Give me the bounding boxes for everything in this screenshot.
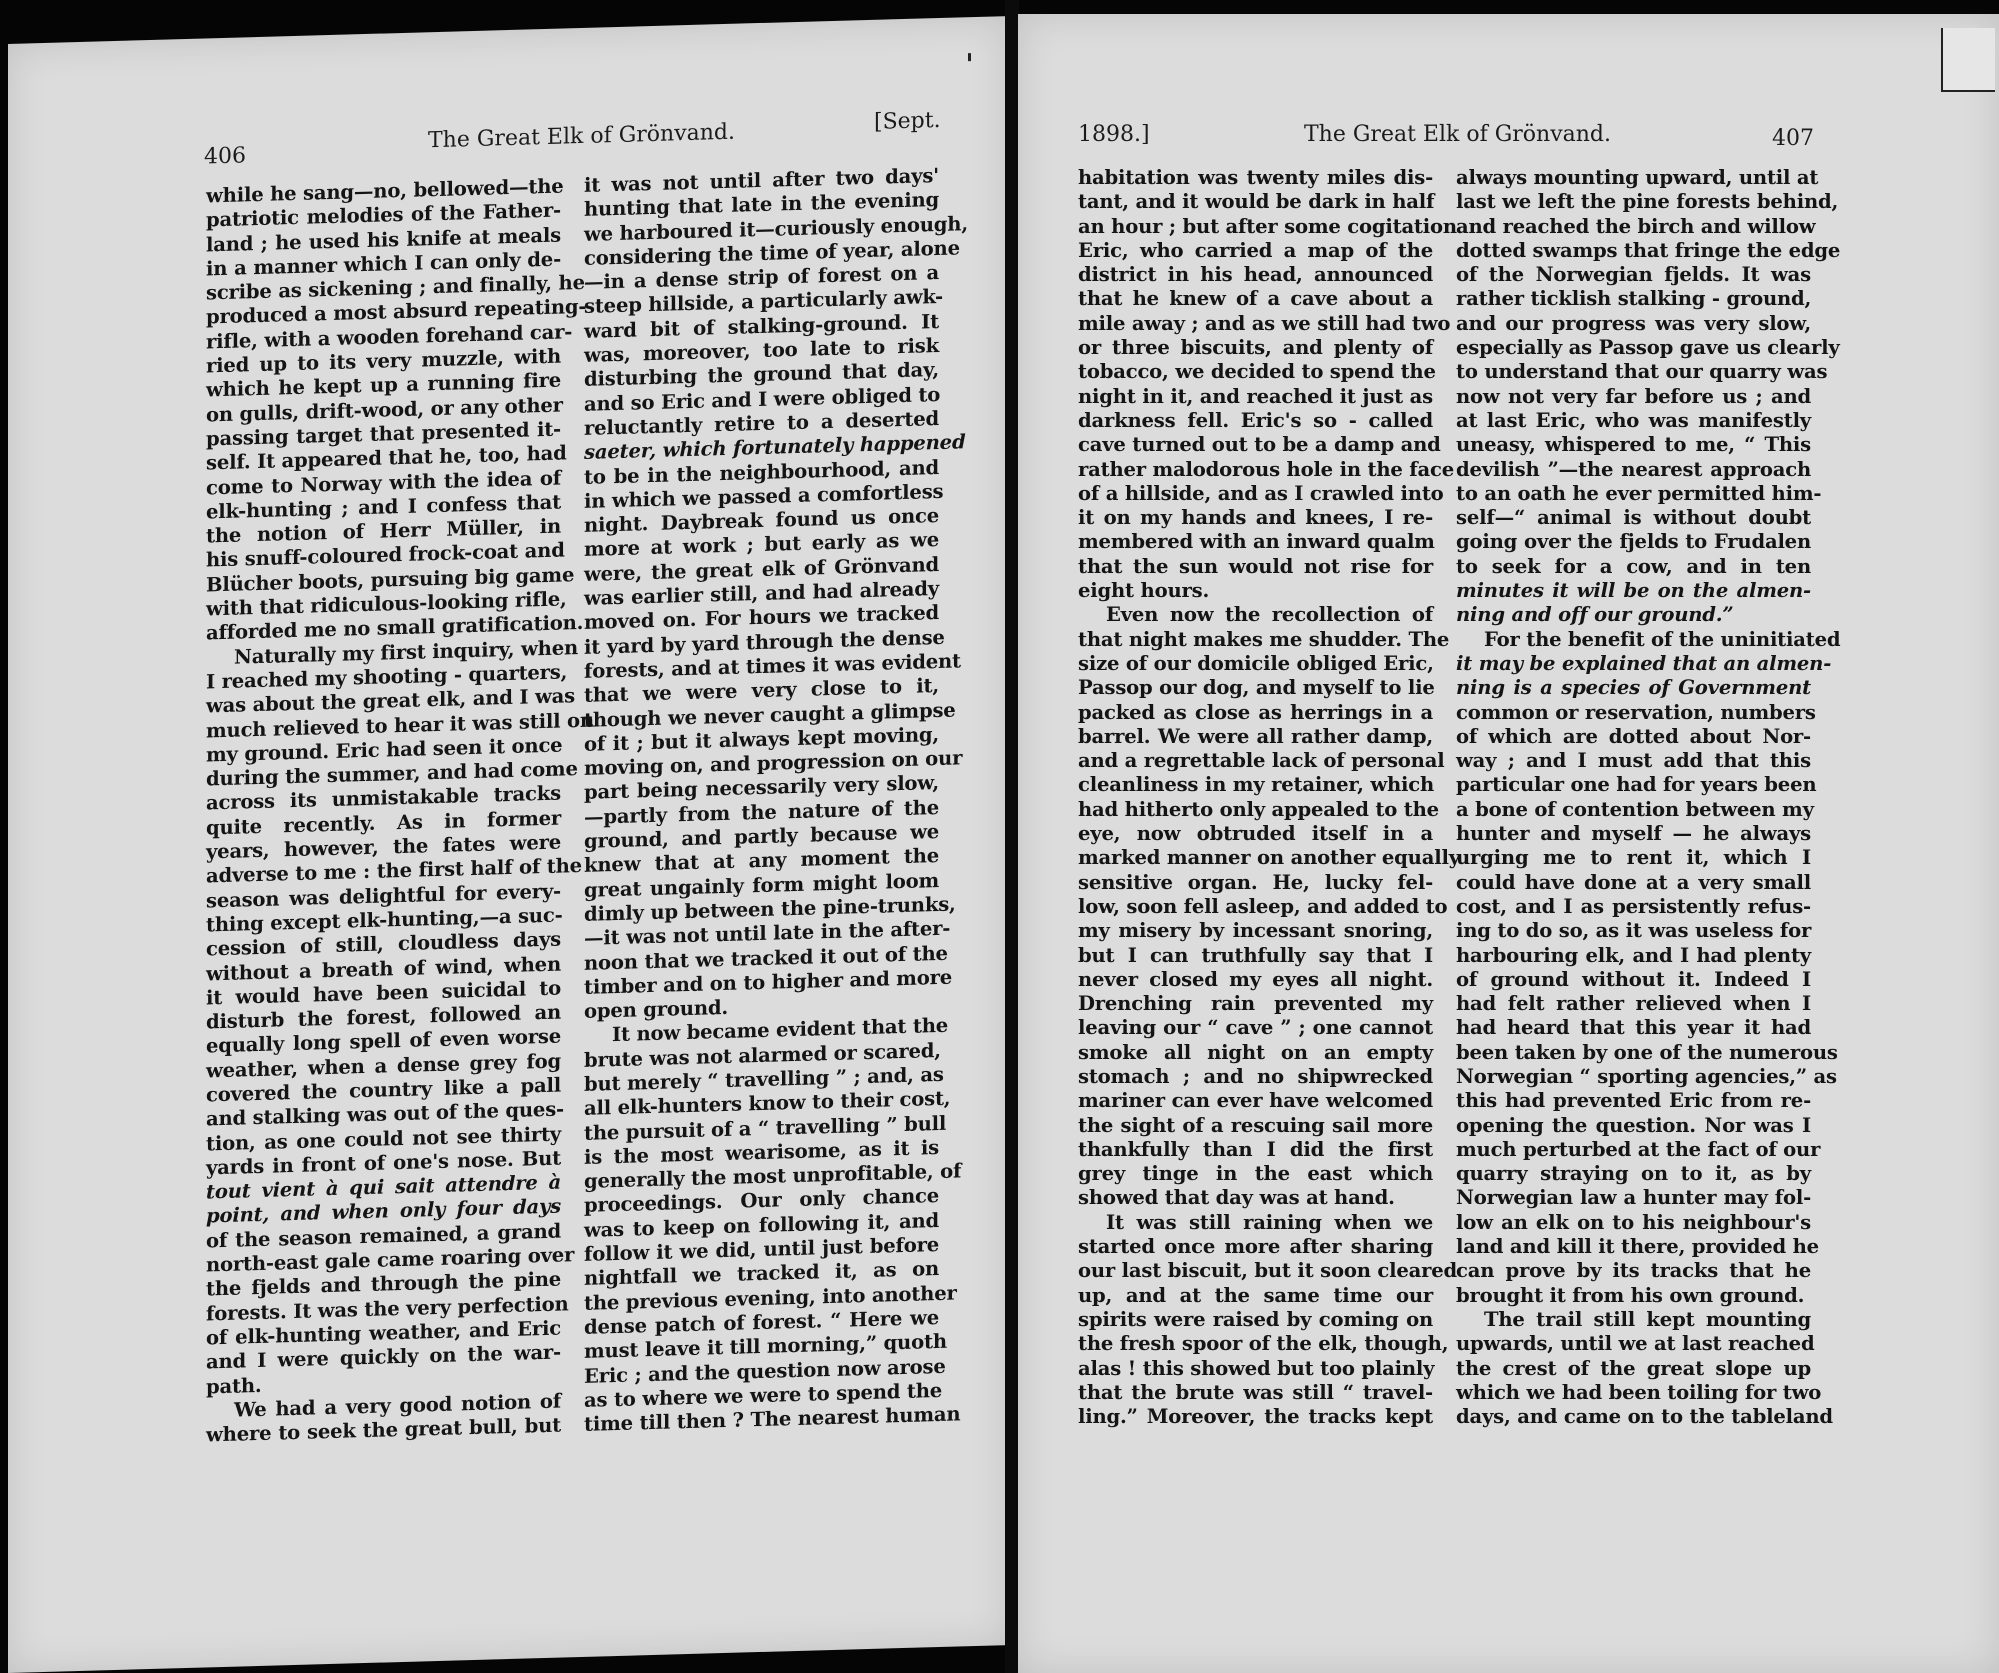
text-line: eight hours. — [1078, 579, 1433, 603]
text-line: opening the question. Nor was I — [1456, 1114, 1811, 1138]
text-line: minutes it will be on the almen- — [1456, 579, 1811, 603]
text-line: it may be explained that an almen- — [1456, 652, 1811, 676]
text-line: particular one had for years been — [1456, 773, 1811, 797]
text-line: rather malodorous hole in the face — [1078, 458, 1433, 482]
text-line: It was still raining when we — [1078, 1211, 1433, 1235]
left-page-column-2: it was not until after two days'hunting … — [584, 164, 939, 1437]
text-line: which we had been toiling for two — [1456, 1381, 1811, 1405]
text-line: at last Eric, who was manifestly — [1456, 409, 1811, 433]
book-gutter — [1005, 0, 1019, 1673]
text-line: stomach ; and no shipwrecked — [1078, 1065, 1433, 1089]
right-page-column-1: habitation was twenty miles dis-tant, an… — [1078, 166, 1433, 1429]
text-line: For the benefit of the uninitiated — [1456, 628, 1811, 652]
text-line: Even now the recollection of — [1078, 603, 1433, 627]
text-line: way ; and I must add that this — [1456, 749, 1811, 773]
text-line: of a hillside, and as I crawled into — [1078, 482, 1433, 506]
text-line: of the Norwegian fjelds. It was — [1456, 263, 1811, 287]
text-line: cave turned out to be a damp and — [1078, 433, 1433, 457]
text-line: devilish ”—the nearest approach — [1456, 458, 1811, 482]
text-line: always mounting upward, until at — [1456, 166, 1811, 190]
text-line: Passop our dog, and myself to lie — [1078, 676, 1433, 700]
right-page-407: 1898.] The Great Elk of Grönvand. 407 ha… — [1018, 14, 1999, 1673]
text-line: leaving our “ cave ” ; one cannot — [1078, 1016, 1433, 1040]
text-line: low, soon fell asleep, and added to — [1078, 895, 1433, 919]
text-line: to an oath he ever permitted him- — [1456, 482, 1811, 506]
text-line: Drenching rain prevented my — [1078, 992, 1433, 1016]
left-page-406: 406 The Great Elk of Grönvand. [Sept. wh… — [8, 16, 1008, 1673]
running-date-left: [Sept. — [874, 108, 941, 135]
text-line: had heard that this year it had — [1456, 1016, 1811, 1040]
text-line: sensitive organ. He, lucky fel- — [1078, 871, 1433, 895]
running-date-right: 1898.] — [1078, 122, 1150, 147]
text-line: marked manner on another equally — [1078, 846, 1433, 870]
text-line: especially as Passop gave us clearly — [1456, 336, 1811, 360]
text-line: night in it, and reached it just as — [1078, 385, 1433, 409]
text-line: mariner can ever have welcomed — [1078, 1089, 1433, 1113]
text-line: been taken by one of the numerous — [1456, 1041, 1811, 1065]
text-line: cleanliness in my retainer, which — [1078, 773, 1433, 797]
text-line: going over the fjelds to Frudalen — [1456, 530, 1811, 554]
text-line: cost, and I as persistently refus- — [1456, 895, 1811, 919]
text-line: urging me to rent it, which I — [1456, 846, 1811, 870]
text-line: alas ! this showed but too plainly — [1078, 1357, 1433, 1381]
text-line: mile away ; and as we still had two — [1078, 312, 1433, 336]
text-line: packed as close as herrings in a — [1078, 701, 1433, 725]
text-line: dotted swamps that fringe the edge — [1456, 239, 1811, 263]
text-line: started once more after sharing — [1078, 1235, 1433, 1259]
text-line: barrel. We were all rather damp, — [1078, 725, 1433, 749]
text-line: eye, now obtruded itself in a — [1078, 822, 1433, 846]
text-line: quarry straying on to it, as by — [1456, 1162, 1811, 1186]
text-line: that night makes me shudder. The — [1078, 628, 1433, 652]
text-line: tant, and it would be dark in half — [1078, 190, 1433, 214]
text-line: never closed my eyes all night. — [1078, 968, 1433, 992]
text-line: that the sun would not rise for — [1078, 555, 1433, 579]
text-line: district in his head, announced — [1078, 263, 1433, 287]
text-line: low an elk on to his neighbour's — [1456, 1211, 1811, 1235]
text-line: that the brute was still “ travel- — [1078, 1381, 1433, 1405]
text-line: grey tinge in the east which — [1078, 1162, 1433, 1186]
text-line: smoke all night on an empty — [1078, 1041, 1433, 1065]
text-line: upwards, until we at last reached — [1456, 1332, 1811, 1356]
text-line: membered with an inward qualm — [1078, 530, 1433, 554]
text-line: darkness fell. Eric's so - called — [1078, 409, 1433, 433]
text-line: brought it from his own ground. — [1456, 1284, 1811, 1308]
text-line: the fresh spoor of the elk, though, — [1078, 1332, 1433, 1356]
text-line: ing to do so, as it was useless for — [1456, 919, 1811, 943]
text-line: common or reservation, numbers — [1456, 701, 1811, 725]
text-line: rather ticklish stalking - ground, — [1456, 287, 1811, 311]
text-line: or three biscuits, and plenty of — [1078, 336, 1433, 360]
text-line: Norwegian “ sporting agencies,” as — [1456, 1065, 1811, 1089]
text-line: days, and came on to the tableland — [1456, 1405, 1811, 1429]
text-line: ling.” Moreover, the tracks kept — [1078, 1405, 1433, 1429]
text-line: and our progress was very slow, — [1456, 312, 1811, 336]
text-line: and a regrettable lack of personal — [1078, 749, 1433, 773]
text-line: spirits were raised by coming on — [1078, 1308, 1433, 1332]
text-line: this had prevented Eric from re- — [1456, 1089, 1811, 1113]
running-title-left: The Great Elk of Grönvand. — [428, 120, 735, 154]
text-line: Norwegian law a hunter may fol- — [1456, 1186, 1811, 1210]
right-page-column-2: always mounting upward, until atlast we … — [1456, 166, 1811, 1429]
text-line: that he knew of a cave about a — [1078, 287, 1433, 311]
text-line: habitation was twenty miles dis- — [1078, 166, 1433, 190]
page-number-left: 406 — [204, 143, 246, 169]
text-line: my misery by incessant snoring, — [1078, 919, 1433, 943]
text-line: up, and at the same time our — [1078, 1284, 1433, 1308]
text-line: had felt rather relieved when I — [1456, 992, 1811, 1016]
text-line: showed that day was at hand. — [1078, 1186, 1433, 1210]
text-line: harbouring elk, and I had plenty — [1456, 944, 1811, 968]
text-line: of which are dotted about Nor- — [1456, 725, 1811, 749]
text-line: last we left the pine forests behind, — [1456, 190, 1811, 214]
text-line: it on my hands and knees, I re- — [1078, 506, 1433, 530]
text-line: self—“ animal is without doubt — [1456, 506, 1811, 530]
text-line: to understand that our quarry was — [1456, 360, 1811, 384]
text-line: land and kill it there, provided he — [1456, 1235, 1811, 1259]
text-line: our last biscuit, but it soon cleared — [1078, 1259, 1433, 1283]
text-line: of ground without it. Indeed I — [1456, 968, 1811, 992]
text-line: a bone of contention between my — [1456, 798, 1811, 822]
text-line: the sight of a rescuing sail more — [1078, 1114, 1433, 1138]
text-line: had hitherto only appealed to the — [1078, 798, 1433, 822]
text-line: size of our domicile obliged Eric, — [1078, 652, 1433, 676]
text-line: much perturbed at the fact of our — [1456, 1138, 1811, 1162]
text-line: but I can truthfully say that I — [1078, 944, 1433, 968]
text-line: and reached the birch and willow — [1456, 215, 1811, 239]
text-line: ning and off our ground.” — [1456, 603, 1811, 627]
folded-corner — [1941, 28, 1995, 92]
text-line: can prove by its tracks that he — [1456, 1259, 1811, 1283]
text-line: uneasy, whispered to me, “ This — [1456, 433, 1811, 457]
text-line: Eric, who carried a map of the — [1078, 239, 1433, 263]
text-line: The trail still kept mounting — [1456, 1308, 1811, 1332]
page-number-right: 407 — [1772, 126, 1814, 151]
text-line: ning is a species of Government — [1456, 676, 1811, 700]
text-line: now not very far before us ; and — [1456, 385, 1811, 409]
text-line: hunter and myself — he always — [1456, 822, 1811, 846]
text-line: thankfully than I did the first — [1078, 1138, 1433, 1162]
text-line: tobacco, we decided to spend the — [1078, 360, 1433, 384]
text-line: could have done at a very small — [1456, 871, 1811, 895]
ink-speck — [968, 53, 971, 61]
text-line: an hour ; but after some cogitation — [1078, 215, 1433, 239]
text-line: to seek for a cow, and in ten — [1456, 555, 1811, 579]
running-title-right: The Great Elk of Grönvand. — [1304, 122, 1611, 147]
left-page-column-1: while he sang—no, bellowed—thepatriotic … — [206, 175, 561, 1448]
text-line: the crest of the great slope up — [1456, 1357, 1811, 1381]
